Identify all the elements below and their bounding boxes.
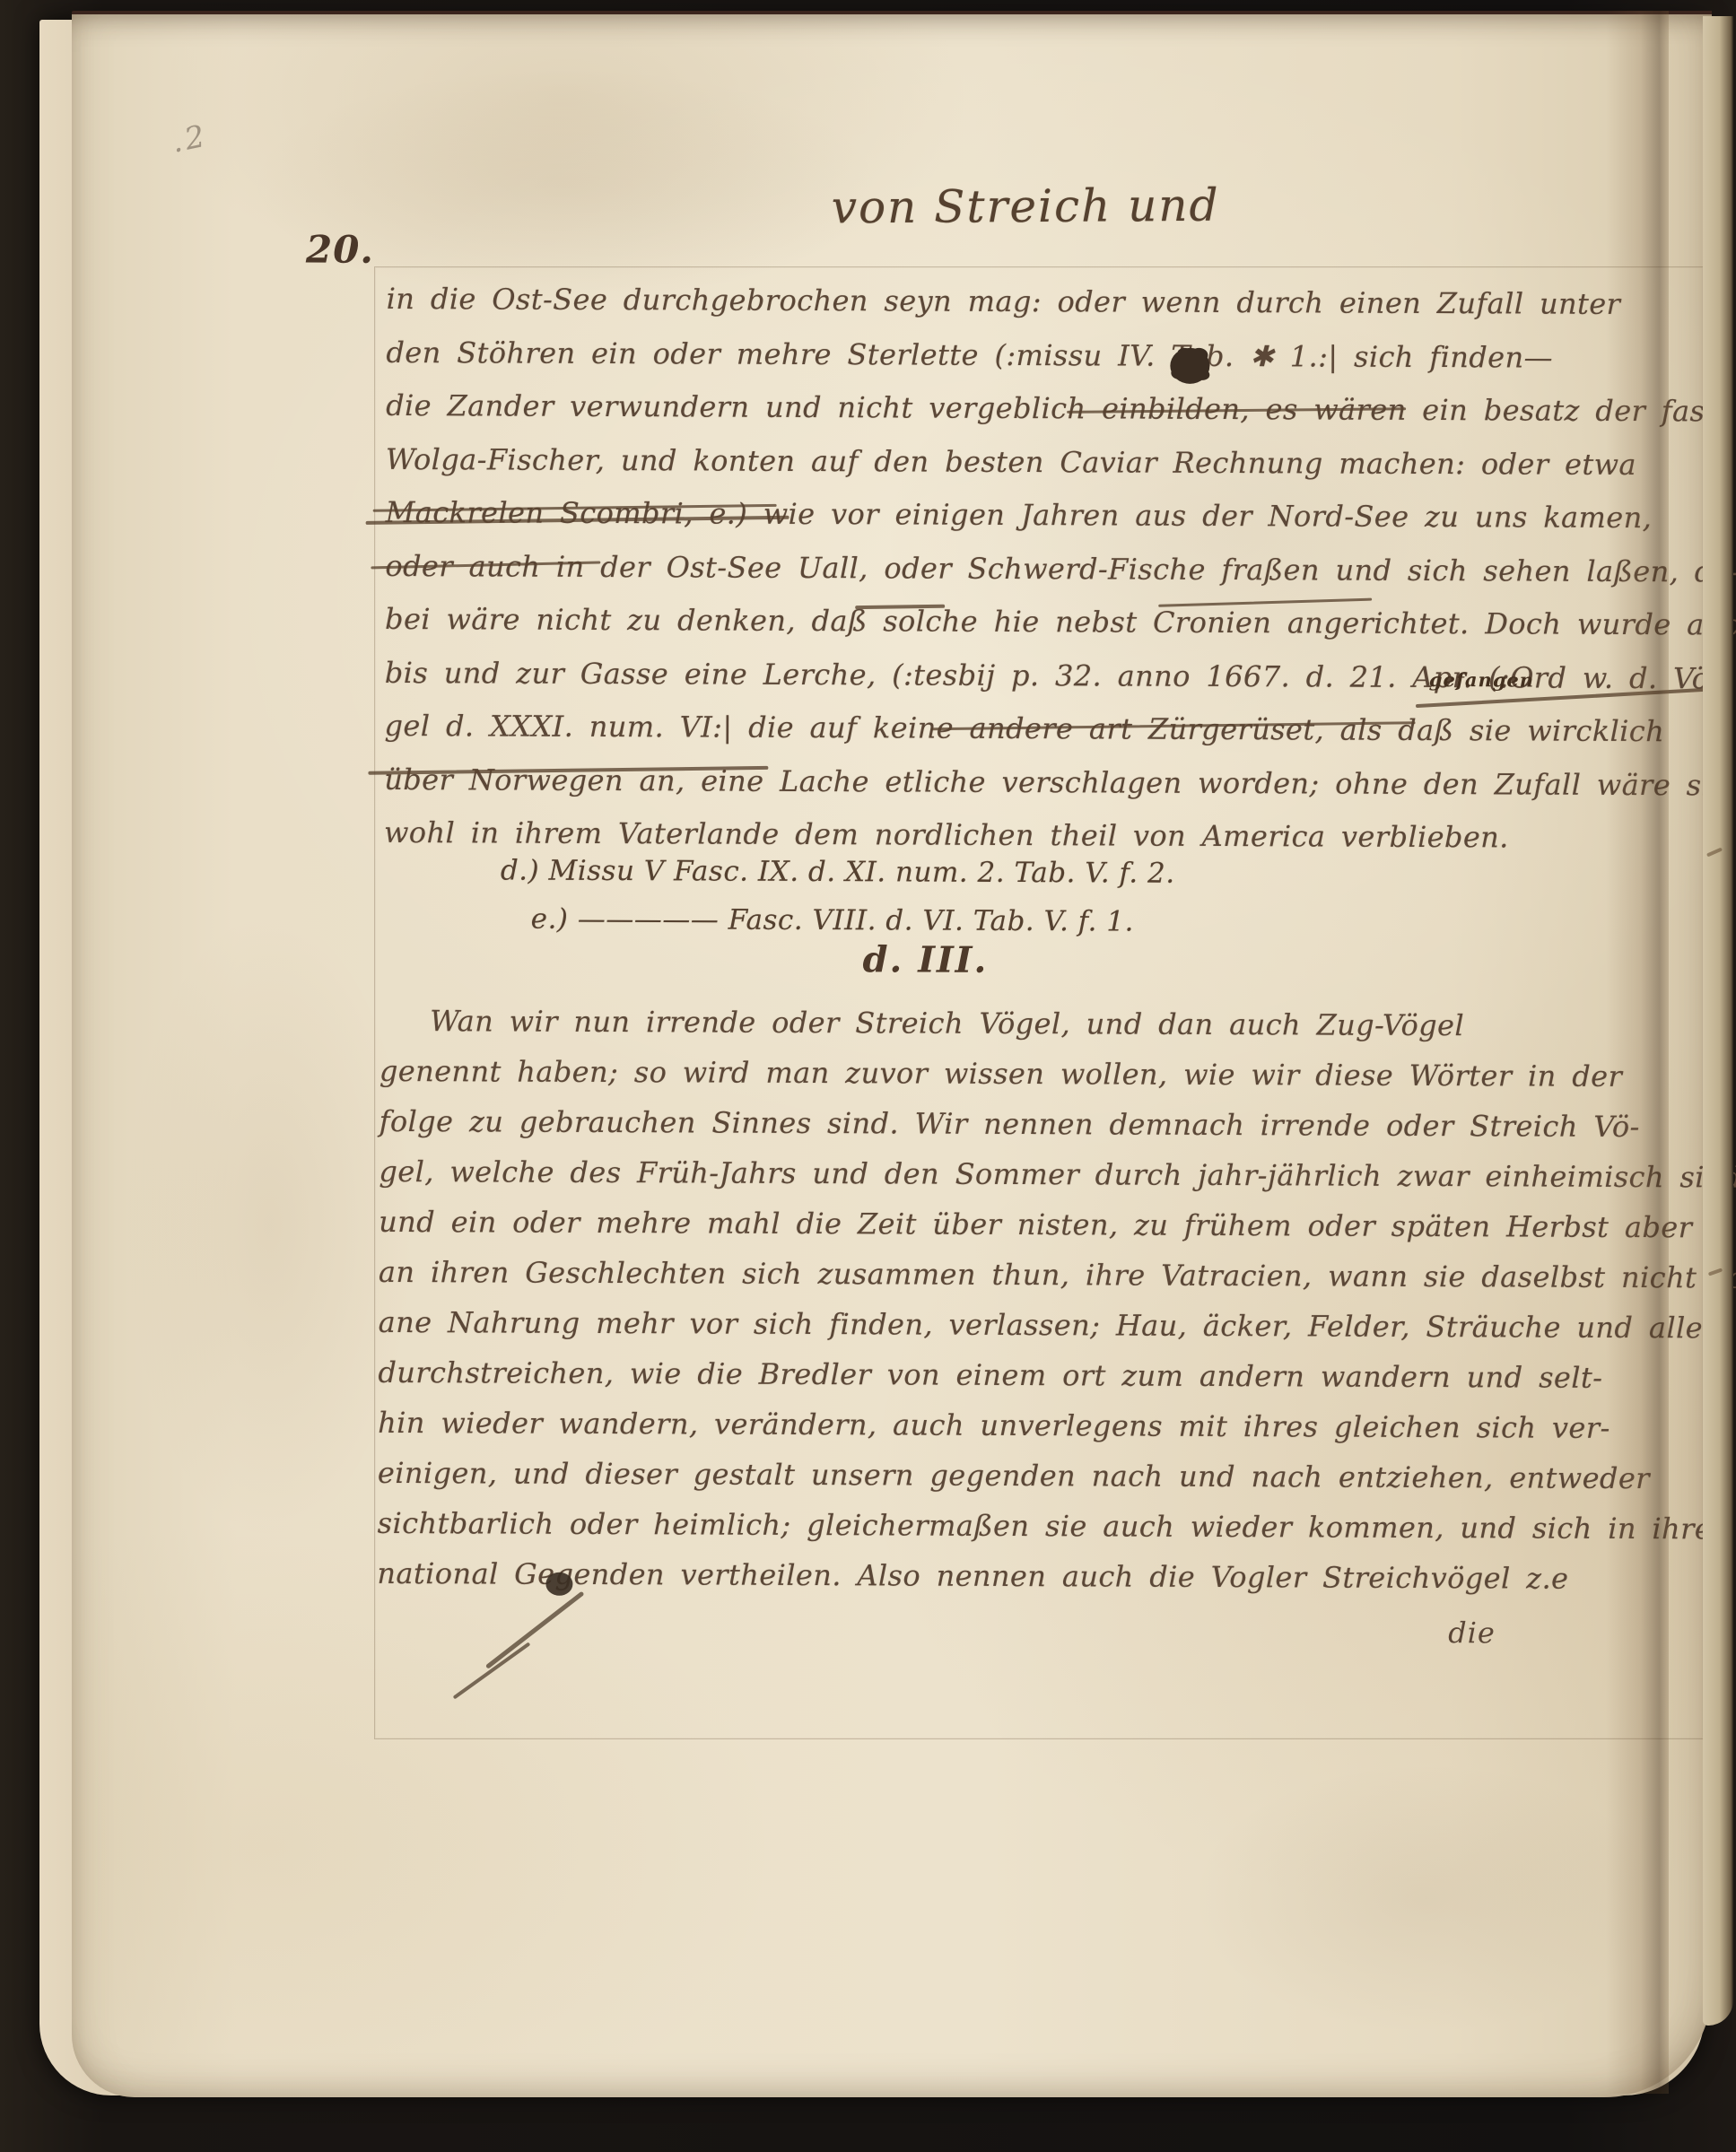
manuscript-line: genennt haben; so wird man zuvor wissen …: [379, 1054, 1702, 1110]
manuscript-line: Wan wir nun irrende oder Streich Vögel, …: [379, 1004, 1702, 1059]
manuscript-line: national Gegenden vertheilen. Also nenne…: [377, 1556, 1699, 1612]
pencil-foliation-mark: .2: [169, 118, 212, 160]
manuscript-line: an ihren Geschlechten sich zusammen thun…: [379, 1255, 1701, 1311]
facing-leaf-edge: [1703, 16, 1733, 2026]
manuscript-line: folge zu gebrauchen Sinnes sind. Wir nen…: [379, 1104, 1702, 1160]
manuscript-line: in die Ost-See durchgebrochen seyn mag: …: [386, 282, 1705, 341]
writing-block: .2 20. von Streich und in die Ost-See du…: [66, 11, 1715, 2101]
ink-blot: [545, 1573, 572, 1596]
citation-line: e.) ————— Fasc. VIII. d. VI. Tab. V. f. …: [500, 902, 1174, 954]
manuscript-line: sichtbarlich oder heimlich; gleichermaße…: [378, 1506, 1700, 1562]
manuscript-line: Mackrelen Scombri, e.) wie vor einigen J…: [385, 495, 1704, 554]
manuscript-line: und ein oder mehre mahl die Zeit über ni…: [379, 1205, 1701, 1260]
manuscript-line: ane Nahrung mehr vor sich finden, verlas…: [379, 1305, 1701, 1361]
manuscript-scan: .2 20. von Streich und in die Ost-See du…: [0, 0, 1736, 2152]
manuscript-line: Wolga-Fischer, und konten auf den besten…: [386, 441, 1705, 501]
section-heading: d. III.: [844, 938, 1006, 981]
paragraph-1: in die Ost-See durchgebrochen seyn mag: …: [384, 282, 1705, 875]
catchword: die: [1448, 1616, 1496, 1650]
manuscript-line: oder auch in der Ost-See Uall, oder Schw…: [385, 548, 1704, 607]
manuscript-line: gel d. XXXI. num. VI:| die auf keine and…: [384, 709, 1703, 768]
manuscript-line: einigen, und dieser gestalt unsern gegen…: [378, 1456, 1700, 1512]
interlinear-note: gefangen: [1429, 668, 1534, 692]
manuscript-line: bei wäre nicht zu denken, daß solche hie…: [385, 602, 1704, 661]
paragraph-2: Wan wir nun irrende oder Streich Vögel, …: [377, 1004, 1702, 1612]
manuscript-line: gel, welche des Früh-Jahrs und den Somme…: [379, 1154, 1701, 1210]
ink-blot: [1170, 348, 1209, 384]
running-header: von Streich und: [792, 179, 1259, 233]
manuscript-line: die Zander verwundern und nicht vergebli…: [386, 388, 1705, 448]
page-number: 20.: [306, 228, 374, 272]
citation-notes: d.) Missu V Fasc. IX. d. XI. num. 2. Tab…: [500, 854, 1174, 954]
pen-slash: [453, 1642, 531, 1699]
manuscript-page: .2 20. von Streich und in die Ost-See du…: [72, 11, 1712, 2097]
manuscript-line: den Stöhren ein oder mehre Sterlette (:m…: [386, 335, 1705, 394]
manuscript-line: hin wieder wandern, verändern, auch unve…: [378, 1406, 1700, 1461]
manuscript-line: durchstreichen, wie die Bredler von eine…: [378, 1355, 1700, 1411]
citation-line: d.) Missu V Fasc. IX. d. XI. num. 2. Tab…: [501, 854, 1175, 905]
